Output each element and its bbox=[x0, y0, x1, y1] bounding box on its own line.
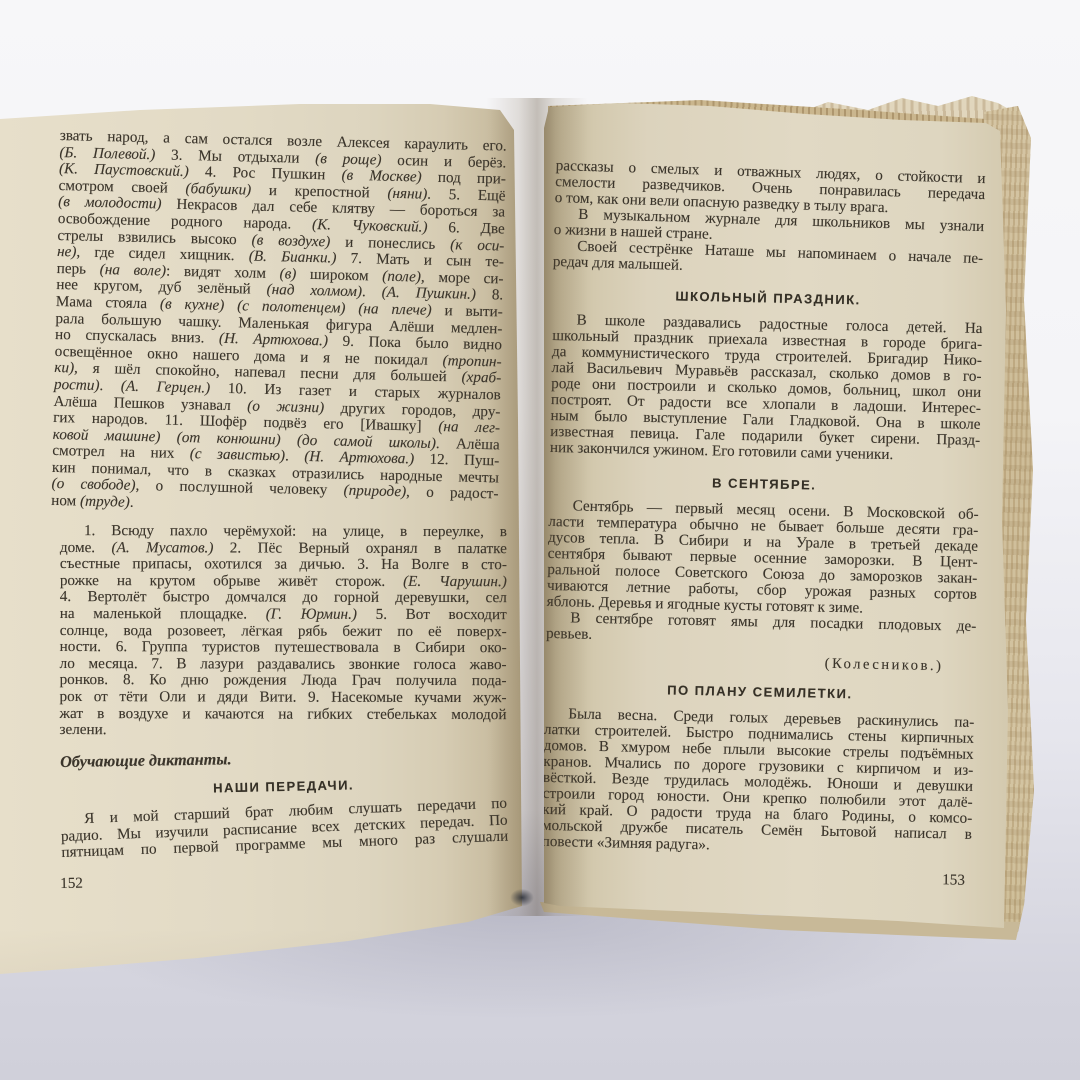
text-line: жат в воздухе и качаются на гибких стебе… bbox=[59, 705, 506, 723]
left-page-number: 152 bbox=[60, 868, 507, 893]
right-page-heading: ШКОЛЬНЫЙ ПРАЗДНИК. bbox=[553, 286, 983, 311]
text-line: рок от тёти Оли и дяди Вити. 9. Насекомы… bbox=[60, 689, 507, 707]
text-line: солнце, вода розовеет, лёгкая рябь бежит… bbox=[60, 622, 507, 640]
open-book-photo: звать народ, а сам остался возле Алексея… bbox=[0, 0, 1080, 1080]
text-line: ности. 6. Группа туристов путешествовала… bbox=[60, 639, 507, 657]
binding-thread-spot bbox=[505, 885, 539, 913]
right-page-para: рассказы о смелых и отважных людях, о ст… bbox=[553, 158, 986, 283]
text-line: ло месяца. 7. В лазури раздавались звонк… bbox=[60, 655, 507, 673]
text-line: ронков. 8. Ко дню рождения Люда Грач пол… bbox=[60, 672, 507, 690]
left-page-para: 1. Всюду пахло черёмухой: на улице, в пе… bbox=[59, 523, 507, 740]
text-line: доме. (А. Мусатов.) 2. Пёс Верный охраня… bbox=[60, 539, 507, 557]
left-page-text: звать народ, а сам остался возле Алексея… bbox=[60, 128, 507, 893]
right-page-text: рассказы о смелых и отважных людях, о ст… bbox=[541, 158, 986, 889]
left-page-label: Обучающие диктанты. bbox=[60, 747, 507, 771]
left-page-para: звать народ, а сам остался возле Алексея… bbox=[51, 128, 507, 520]
text-line: 1. Всюду пахло черёмухой: на улице, в пе… bbox=[60, 523, 507, 541]
right-page-number: 153 bbox=[541, 864, 971, 889]
text-line: на маленькой площадке. (Г. Юрмин.) 5. Во… bbox=[60, 606, 507, 624]
right-page-heading: В СЕНТЯБРЕ. bbox=[549, 472, 979, 497]
text-line: зелени. bbox=[59, 722, 506, 740]
right-page-para: В школе раздавались радостные голоса дет… bbox=[550, 312, 983, 465]
book-gutter-shadow bbox=[486, 98, 588, 916]
right-page-heading: ПО ПЛАНУ СЕМИЛЕТКИ. bbox=[545, 680, 975, 705]
left-page-para: Я и мой старший брат любим слушать перед… bbox=[60, 795, 509, 861]
right-page-attribution: (Колесников.) bbox=[545, 650, 975, 675]
text-line: съестные припасы, охотился за дичью. 3. … bbox=[60, 556, 507, 574]
right-page-para: Сентябрь — первый месяц осени. В Московс… bbox=[546, 498, 979, 651]
text-line: 4. Вертолёт быстро домчался до горной де… bbox=[60, 589, 507, 607]
right-page-para: Была весна. Среди голых деревьев раскину… bbox=[542, 706, 975, 859]
text-line: рожке на крутом обрыве живёт сторож. (Е.… bbox=[60, 572, 507, 590]
